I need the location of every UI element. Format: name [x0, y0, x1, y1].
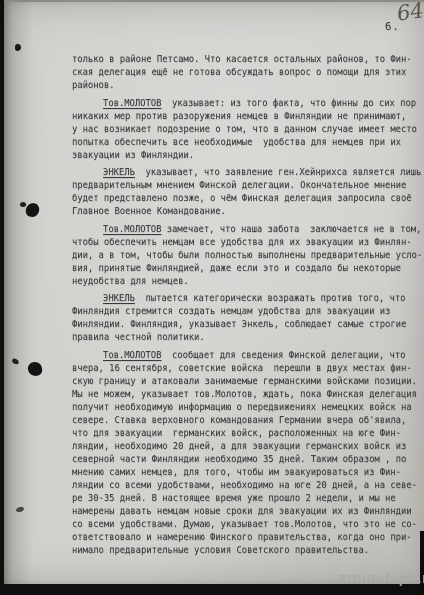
- text-line: Главное Военное Командование.: [72, 205, 424, 218]
- paragraph: Тов.МОЛОТОВ сообщает для сведения Финско…: [72, 349, 424, 557]
- document-text: только в районе Петсамо. Что касается ос…: [72, 53, 424, 557]
- paragraph: Тов.МОЛОТОВ указывает: из того факта, чт…: [72, 97, 424, 162]
- text-line: получит необходимую информацию о передви…: [72, 401, 424, 414]
- paragraph: ЭНКЕЛЬ пытается категорически возражать …: [72, 292, 424, 344]
- text-line: попытка обеспечить все необходимые удобс…: [72, 136, 424, 149]
- text-line: только в районе Петсамо. Что касается ос…: [72, 53, 424, 66]
- text-line: эвакуации из Финляндии.: [72, 149, 424, 162]
- text-line: чтобы обеспечить немцам все удобства для…: [72, 236, 424, 249]
- text-line: нимало предварительные условия Советског…: [72, 544, 424, 557]
- speaker-name: Тов.МОЛОТОВ: [103, 350, 161, 361]
- text-line: Тов.МОЛОТОВ указывает: из того факта, чт…: [72, 97, 424, 110]
- speaker-name: Тов.МОЛОТОВ: [103, 224, 161, 235]
- text-line: ляндии со всеми удобствами, необходимо н…: [72, 479, 424, 492]
- handwritten-folio-number: 64: [395, 0, 424, 26]
- text-line: ляндии, необходимо 20 дней, а для эвакуа…: [72, 440, 424, 453]
- text-line: дии, а в том, чтобы были полностью выпол…: [72, 249, 424, 262]
- text-line: намерены давать немцам новые сроки для э…: [72, 505, 424, 518]
- text-line: никаких мер против разоружения немцев в …: [72, 110, 424, 123]
- page-number: 6.: [385, 21, 400, 33]
- text-line: ответствовало и намерению Финского прави…: [72, 531, 424, 544]
- text-line: районов.: [72, 79, 424, 92]
- scanned-document-page: { "page": { "handwritten_folio": "64", "…: [0, 0, 424, 595]
- watermark: aroundspb.ru: [338, 571, 424, 587]
- text-line: Финляндии. Финляндия, указывает Энкель, …: [72, 318, 424, 331]
- text-line: Финляндия стремится создать немцам удобс…: [72, 305, 424, 318]
- text-line: ЭНКЕЛЬ пытается категорически возражать …: [72, 292, 424, 305]
- text-line: со всеми удобствами. Думаю, указывает то…: [72, 518, 424, 531]
- text-line: вчера, 16 сентября, советские войска пер…: [72, 362, 424, 375]
- text-line: ре 30-35 дней. В настоящее время уже про…: [72, 492, 424, 505]
- text-line: Мы не можем, указывает тов.Молотов, ждат…: [72, 388, 424, 401]
- text-line: будет представлено позже, о чём Финская …: [72, 192, 424, 205]
- text-line: правила честной политики.: [72, 331, 424, 344]
- text-line: скую границу и атаковали занимаемые герм…: [72, 375, 424, 388]
- speaker-name: Тов.МОЛОТОВ: [103, 98, 161, 109]
- text-line: предварительным мнением Финской делегаци…: [72, 179, 424, 192]
- text-line: ская делегация ещё не готова обсуждать в…: [72, 66, 424, 79]
- speaker-name: ЭНКЕЛЬ: [103, 167, 135, 178]
- text-line: севере. Ставка верховного командования Г…: [72, 414, 424, 427]
- text-line: что для эвакуации германских войск, расп…: [72, 427, 424, 440]
- paragraph: Тов.МОЛОТОВ замечает, что наша забота за…: [72, 223, 424, 288]
- text-line: Тов.МОЛОТОВ сообщает для сведения Финско…: [72, 349, 424, 362]
- text-line: вия, принятые Финляндией, даже если это …: [72, 262, 424, 275]
- text-line: у нас возникает подозрение о том, что в …: [72, 123, 424, 136]
- text-line: ЭНКЕЛЬ указывает, что заявление ген.Хейн…: [72, 166, 424, 179]
- text-line: мнению самих немцев, для того, чтобы им …: [72, 466, 424, 479]
- speaker-name: ЭНКЕЛЬ: [103, 293, 135, 304]
- paragraph: ЭНКЕЛЬ указывает, что заявление ген.Хейн…: [72, 166, 424, 218]
- text-line: Тов.МОЛОТОВ замечает, что наша забота за…: [72, 223, 424, 236]
- text-line: северной части Финляндии необходимо 35 д…: [72, 453, 424, 466]
- paragraph: только в районе Петсамо. Что касается ос…: [72, 53, 424, 92]
- text-line: неудобства для немцев.: [72, 275, 424, 288]
